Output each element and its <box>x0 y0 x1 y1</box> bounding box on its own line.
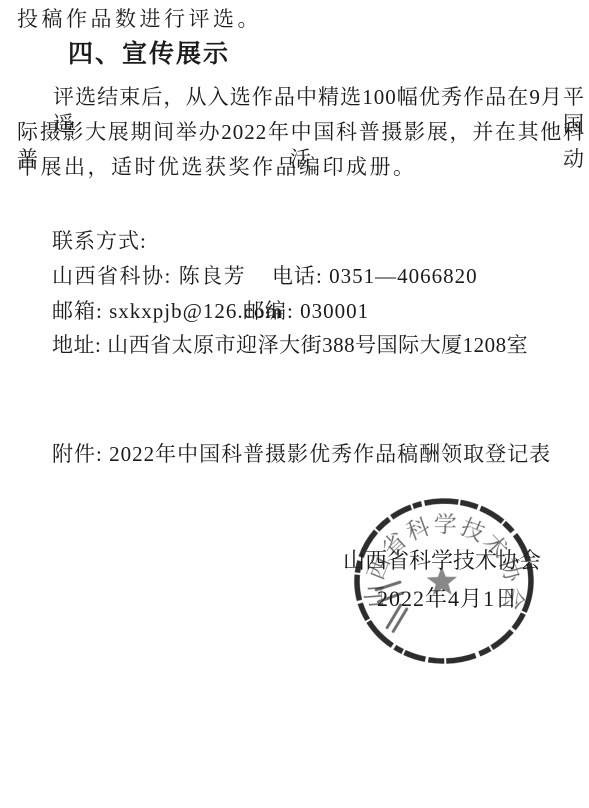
official-seal-stamp-icon: 山西省科学技术协会 <box>350 494 540 671</box>
paragraph-line-3: 中展出，适时优选获奖作品编印成册。 <box>17 154 417 181</box>
contact-address: 地址: 山西省太原市迎泽大街388号国际大厦1208室 <box>52 332 528 358</box>
signature-organization: 山西省科学技术协会 <box>343 548 541 574</box>
attachment-line: 附件: 2022年中国科普摄影优秀作品稿酬领取登记表 <box>52 441 551 467</box>
section-heading: 四、宣传展示 <box>68 42 230 68</box>
contact-phone: 电话: 0351—4066820 <box>272 263 478 289</box>
contact-heading: 联系方式: <box>52 228 147 254</box>
document-page: 投稿作品数进行评选。 四、宣传展示 评选结束后，从入选作品中精选100幅优秀作品… <box>0 0 589 808</box>
signature-date: 2022年4月1日 <box>377 586 518 612</box>
intro-line: 投稿作品数进行评选。 <box>17 6 262 32</box>
contact-postcode: 邮编: 030001 <box>243 298 369 324</box>
contact-org-person: 山西省科协: 陈良芳 <box>52 263 246 289</box>
